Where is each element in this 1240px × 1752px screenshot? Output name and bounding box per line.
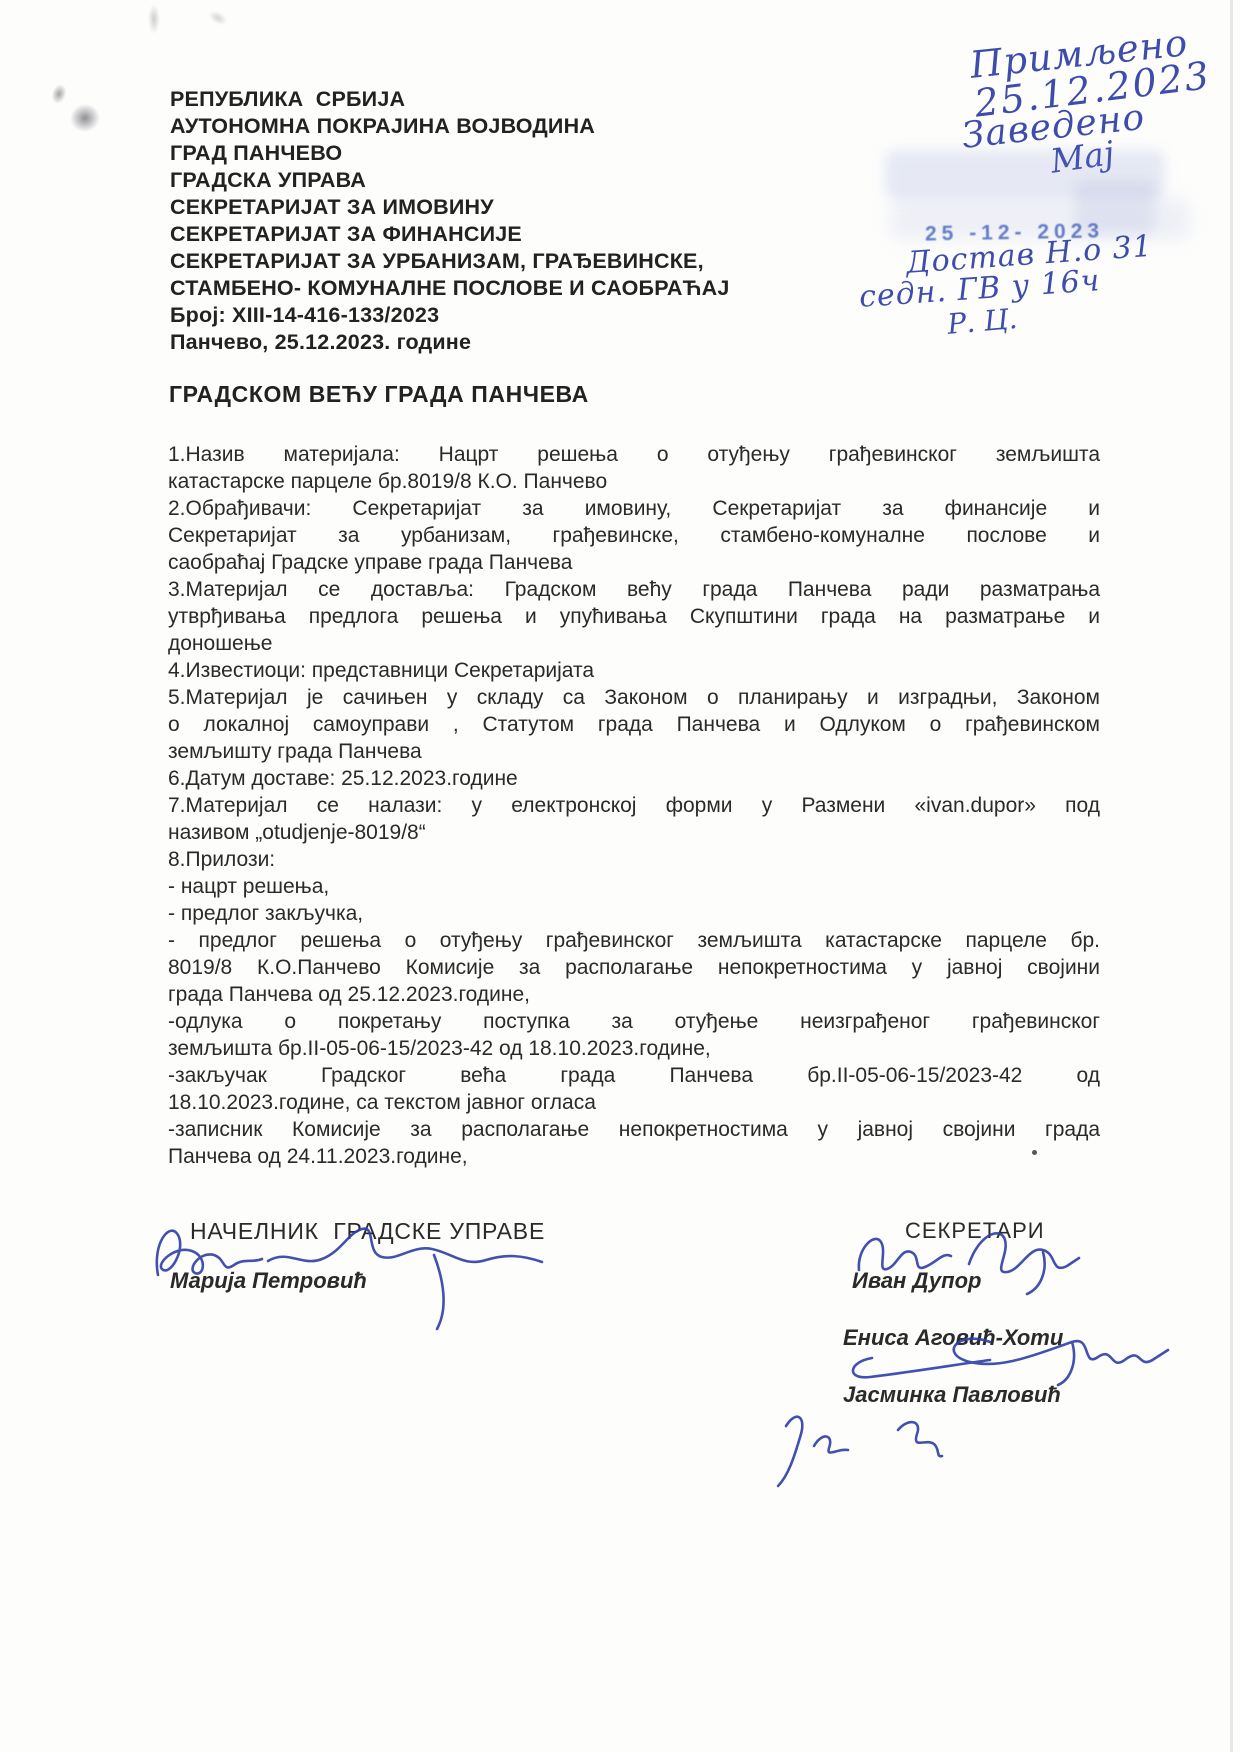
body-line: 4.Известиоци: представници Секретаријата bbox=[168, 657, 1100, 684]
letterhead-line: СЕКРЕТАРИЈАТ ЗА ФИНАНСИЈЕ bbox=[170, 221, 810, 248]
body-line: земљишту града Панчева bbox=[168, 738, 1100, 765]
body-line: 8.Прилози: bbox=[168, 846, 1100, 873]
letterhead-line: СЕКРЕТАРИЈАТ ЗА УРБАНИЗАМ, ГРАЂЕВИНСКЕ, bbox=[170, 248, 810, 275]
body-line: -одлука о покретању поступка за отуђење … bbox=[168, 1008, 1100, 1035]
stray-dot-artifact bbox=[1032, 1150, 1037, 1155]
body-line: земљишта бр.II-05-06-15/2023-42 од 18.10… bbox=[168, 1035, 1100, 1062]
body-line: - предлог закључка, bbox=[168, 900, 1100, 927]
scan-smudge bbox=[49, 82, 68, 105]
body-line: Панчева од 24.11.2023.године, bbox=[168, 1143, 1100, 1170]
chief-name: Марија Петровић bbox=[170, 1268, 367, 1294]
body-line: града Панчева од 25.12.2023.године, bbox=[168, 981, 1100, 1008]
body-line: 1.Назив материјала: Нацрт решења о отуђе… bbox=[168, 441, 1100, 468]
body-line: о локалној самоуправи , Статутом града П… bbox=[168, 711, 1100, 738]
scan-smudge bbox=[67, 101, 102, 135]
letterhead-line: АУТОНОМНА ПОКРАЈИНА ВОЈВОДИНА bbox=[170, 113, 810, 140]
body-line: 8019/8 К.О.Панчево Комисије за располага… bbox=[168, 954, 1100, 981]
body-line: 3.Материјал се доставља: Градском већу г… bbox=[168, 576, 1100, 603]
scanned-document-page: РЕПУБЛИКА СРБИЈААУТОНОМНА ПОКРАЈИНА ВОЈВ… bbox=[0, 0, 1240, 1752]
letterhead-line: Панчево, 25.12.2023. године bbox=[170, 329, 810, 356]
signature-jasminka-pavlovic bbox=[768, 1402, 978, 1497]
body-line: Секретаријат за урбанизам, грађевинске, … bbox=[168, 522, 1100, 549]
scan-smudge bbox=[206, 8, 229, 28]
chief-title: НАЧЕЛНИК ГРАДСКЕ УПРАВЕ bbox=[190, 1218, 545, 1245]
body-line: доношење bbox=[168, 630, 1100, 657]
body-line: 18.10.2023.године, са текстом јавног огл… bbox=[168, 1089, 1100, 1116]
secretary-name-enisa-agovic-hoti: Ениса Аговић-Хоти bbox=[843, 1325, 1063, 1351]
body-line: 7.Материјал се налази: у електронској фо… bbox=[168, 792, 1100, 819]
secretary-name-jasminka-pavlovic: Јасминка Павловић bbox=[843, 1382, 1061, 1408]
scan-smudge bbox=[148, 4, 160, 34]
handwritten-initials: Р. Ц. bbox=[946, 302, 1019, 341]
body-line: утврђивања предлога решења и упућивања С… bbox=[168, 603, 1100, 630]
body-line: катастарске парцеле бр.8019/8 К.О. Панче… bbox=[168, 468, 1100, 495]
letterhead-line: СТАМБЕНО- КОМУНАЛНЕ ПОСЛОВЕ И САОБРАЋАЈ bbox=[170, 275, 810, 302]
letterhead-line: СЕКРЕТАРИЈАТ ЗА ИМОВИНУ bbox=[170, 194, 810, 221]
body-line: -закључак Градског већа града Панчева бр… bbox=[168, 1062, 1100, 1089]
body-line: 2.Обрађивачи: Секретаријат за имовину, С… bbox=[168, 495, 1100, 522]
body-line: -записник Комисије за располагање непокр… bbox=[168, 1116, 1100, 1143]
letterhead-line: Број: XIII-14-416-133/2023 bbox=[170, 302, 810, 329]
body-line: 6.Датум доставе: 25.12.2023.године bbox=[168, 765, 1100, 792]
letterhead-line: ГРАД ПАНЧЕВО bbox=[170, 140, 810, 167]
scan-edge-shadow bbox=[1230, 0, 1233, 1752]
body-line: називом „otudjenje-8019/8“ bbox=[168, 819, 1100, 846]
body-line: - нацрт решења, bbox=[168, 873, 1100, 900]
secretaries-title: СЕКРЕТАРИ bbox=[905, 1218, 1045, 1244]
body-line: 5.Материјал је сачињен у складу са Закон… bbox=[168, 684, 1100, 711]
document-body: 1.Назив материјала: Нацрт решења о отуђе… bbox=[168, 441, 1100, 1170]
letterhead-line: ГРАДСКА УПРАВА bbox=[170, 167, 810, 194]
letterhead: РЕПУБЛИКА СРБИЈААУТОНОМНА ПОКРАЈИНА ВОЈВ… bbox=[170, 86, 810, 356]
addressee-title: ГРАДСКОМ ВЕЋУ ГРАДА ПАНЧЕВА bbox=[169, 381, 589, 408]
body-line: саобраћај Градске управе града Панчева bbox=[168, 549, 1100, 576]
letterhead-line: РЕПУБЛИКА СРБИЈА bbox=[170, 86, 810, 113]
secretary-name-ivan-dupor: Иван Дупор bbox=[852, 1268, 981, 1294]
body-line: - предлог решења о отуђењу грађевинског … bbox=[168, 927, 1100, 954]
